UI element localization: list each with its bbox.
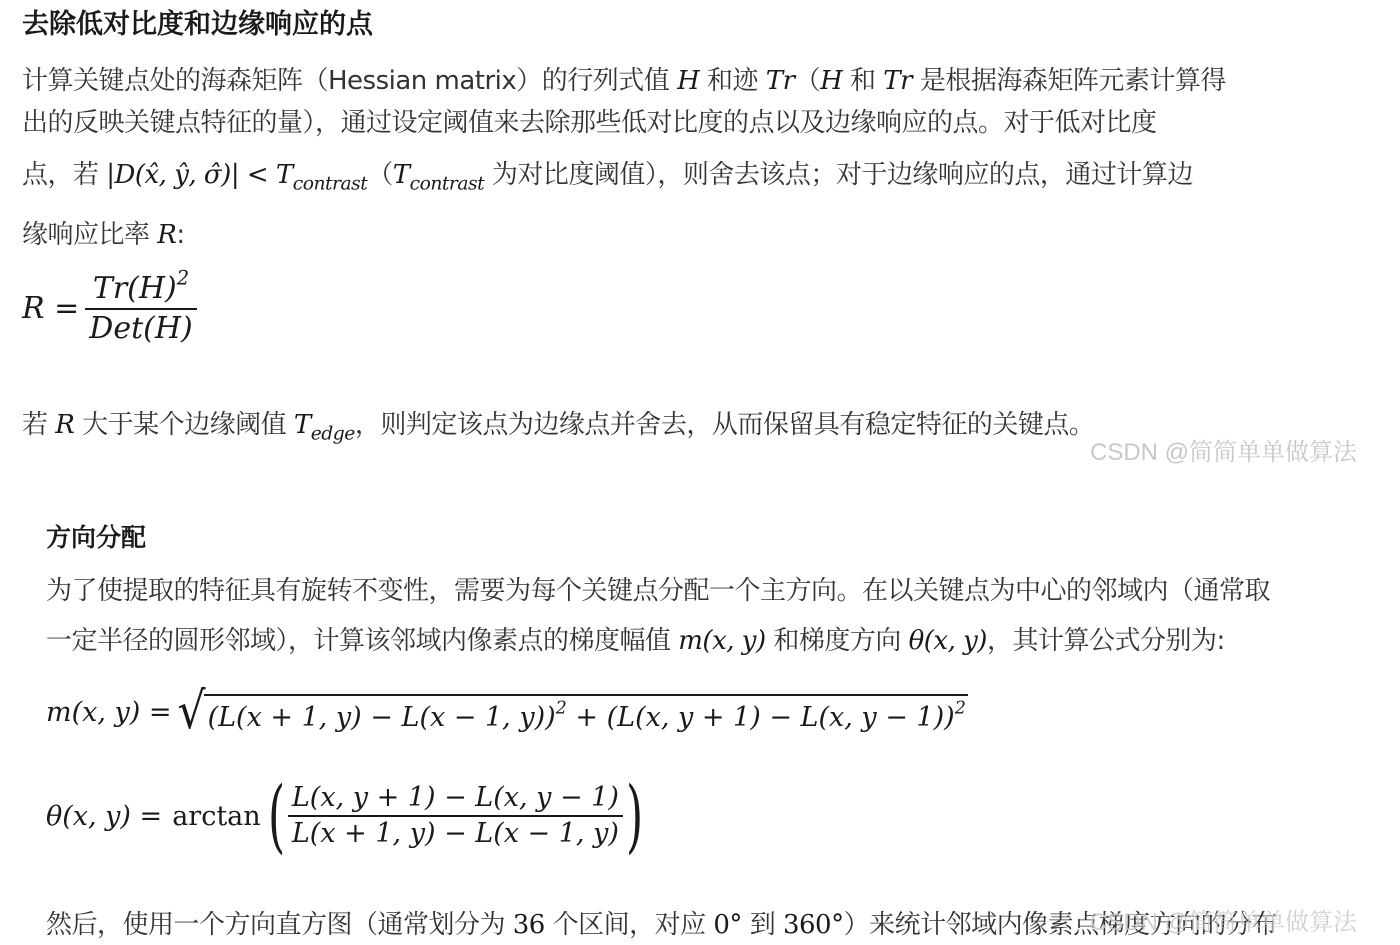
formula-edge-ratio: R = Tr(H)2 Det(H) [22, 270, 203, 347]
text: 和迹 [699, 66, 766, 96]
left-paren: ( [268, 776, 285, 856]
number: 0° [713, 910, 742, 940]
text: ，则判定该点为边缘点并舍去，从而保留具有稳定特征的关键点。 [355, 410, 1095, 440]
sqrt-icon: √ [178, 687, 206, 738]
fraction: Tr(H)2 Det(H) [85, 270, 196, 347]
formula-lhs: θ(x, y) = [46, 801, 162, 832]
paragraph-line: 计算关键点处的海森矩阵（Hessian matrix）的行列式值 H 和迹 Tr… [22, 60, 1226, 97]
formula-lhs: m(x, y) = [46, 697, 172, 728]
radicand: (L(x + 1, y) − L(x − 1, y))2 + (L(x, y +… [204, 694, 968, 734]
text: 然后，使用一个方向直方图（通常划分为 [46, 910, 513, 940]
paragraph-line: 出的反映关键点特征的量），通过设定阈值来去除那些低对比度的点以及边缘响应的点。对… [22, 102, 1157, 139]
math-subscript: edge [311, 424, 355, 445]
number: 36 [513, 910, 545, 940]
text: 缘响应比率 [22, 220, 157, 250]
text: 点，若 [22, 160, 106, 190]
math-T: T [294, 410, 311, 440]
section-heading-remove-low-contrast: 去除低对比度和边缘响应的点 [22, 2, 373, 41]
math-R: R [157, 220, 176, 250]
formula-gradient-magnitude: m(x, y) = √ (L(x + 1, y) − L(x − 1, y))2… [46, 690, 968, 734]
text: （ [367, 160, 393, 190]
watermark: CSDN @简简单单做算法 [1090, 432, 1357, 467]
text: 为对比度阈值），则舍去该点；对于边缘响应的点，通过计算边 [484, 160, 1193, 190]
math-theta-xy: θ(x, y) [909, 626, 987, 656]
math-subscript: contrast [410, 174, 485, 195]
func-arctan: arctan [172, 801, 260, 832]
text: ，其计算公式分别为: [987, 626, 1225, 656]
math-H: H [820, 66, 842, 96]
math-Tr: Tr [766, 66, 795, 96]
denominator: Det(H) [85, 310, 196, 348]
math-H: H [677, 66, 699, 96]
paragraph-line: 缘响应比率 R: [22, 214, 185, 251]
math-contrast-condition: |D(x̂, ŷ, σ̂)| < T [106, 160, 292, 190]
fraction: L(x, y + 1) − L(x, y − 1) L(x + 1, y) − … [288, 781, 623, 851]
text: （ [795, 66, 821, 96]
formula-lhs: R = [22, 291, 79, 326]
text: 计算关键点处的海森矩阵（Hessian matrix）的行列式值 [22, 66, 677, 96]
text: 是根据海森矩阵元素计算得 [912, 66, 1226, 96]
text: : [176, 220, 184, 250]
math-m-xy: m(x, y) [678, 626, 765, 656]
watermark: CSDN @简简单单做算法 [1090, 902, 1357, 937]
denominator: L(x + 1, y) − L(x − 1, y) [288, 817, 623, 851]
math-T: T [393, 160, 410, 190]
math-Tr: Tr [883, 66, 912, 96]
text: 若 [22, 410, 55, 440]
math-subscript: contrast [293, 174, 368, 195]
numerator: L(x, y + 1) − L(x, y − 1) [288, 781, 623, 815]
formula-gradient-orientation: θ(x, y) = arctan ( L(x, y + 1) − L(x, y … [46, 776, 650, 856]
text: 一定半径的圆形邻域），计算该邻域内像素点的梯度幅值 [46, 626, 678, 656]
text: 大于某个边缘阈值 [74, 410, 294, 440]
text: 和 [842, 66, 883, 96]
numerator: Tr(H)2 [89, 270, 193, 308]
right-paren: ) [626, 776, 643, 856]
text: 个区间，对应 [545, 910, 714, 940]
paragraph-line: 一定半径的圆形邻域），计算该邻域内像素点的梯度幅值 m(x, y) 和梯度方向 … [46, 620, 1225, 657]
paragraph-line: 为了使提取的特征具有旋转不变性，需要为每个关键点分配一个主方向。在以关键点为中心… [46, 570, 1270, 607]
text: 和梯度方向 [766, 626, 909, 656]
section-heading-orientation-assignment: 方向分配 [46, 518, 146, 554]
paragraph-line: 点，若 |D(x̂, ŷ, σ̂)| < Tcontrast（Tcontrast… [22, 154, 1193, 195]
number: 360° [783, 910, 844, 940]
paragraph-line: 若 R 大于某个边缘阈值 Tedge，则判定该点为边缘点并舍去，从而保留具有稳定… [22, 404, 1094, 445]
text: 到 [742, 910, 783, 940]
square-root: √ (L(x + 1, y) − L(x − 1, y))2 + (L(x, y… [178, 690, 968, 734]
math-R: R [55, 410, 74, 440]
